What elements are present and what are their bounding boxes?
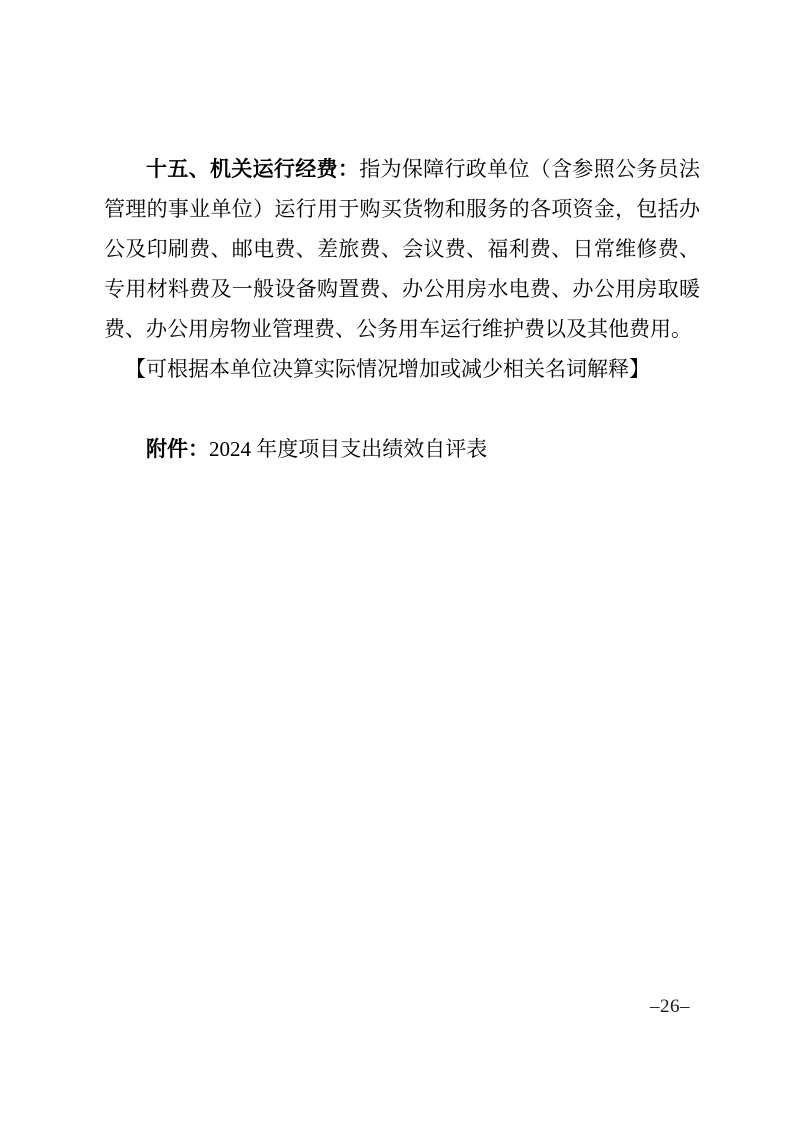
editable-note-line: 【可根据本单位决算实际情况增加或减少相关名词解释】 [104,349,700,389]
attachment-title: 2024 年度项目支出绩效自评表 [209,437,487,461]
term-label: 十五、机关运行经费： [146,157,359,181]
term-definition-text: 指为保障行政单位（含参照公务员法管理的事业单位）运行用于购买货物和服务的各项资金… [104,157,700,341]
document-body: 十五、机关运行经费：指为保障行政单位（含参照公务员法管理的事业单位）运行用于购买… [104,149,700,469]
attachment-label: 附件： [146,437,209,461]
term-definition-paragraph: 十五、机关运行经费：指为保障行政单位（含参照公务员法管理的事业单位）运行用于购买… [104,149,700,349]
document-page: 十五、机关运行经费：指为保障行政单位（含参照公务员法管理的事业单位）运行用于购买… [0,0,793,1122]
attachment-line: 附件：2024 年度项目支出绩效自评表 [104,429,700,469]
page-number: –26– [650,997,690,1016]
